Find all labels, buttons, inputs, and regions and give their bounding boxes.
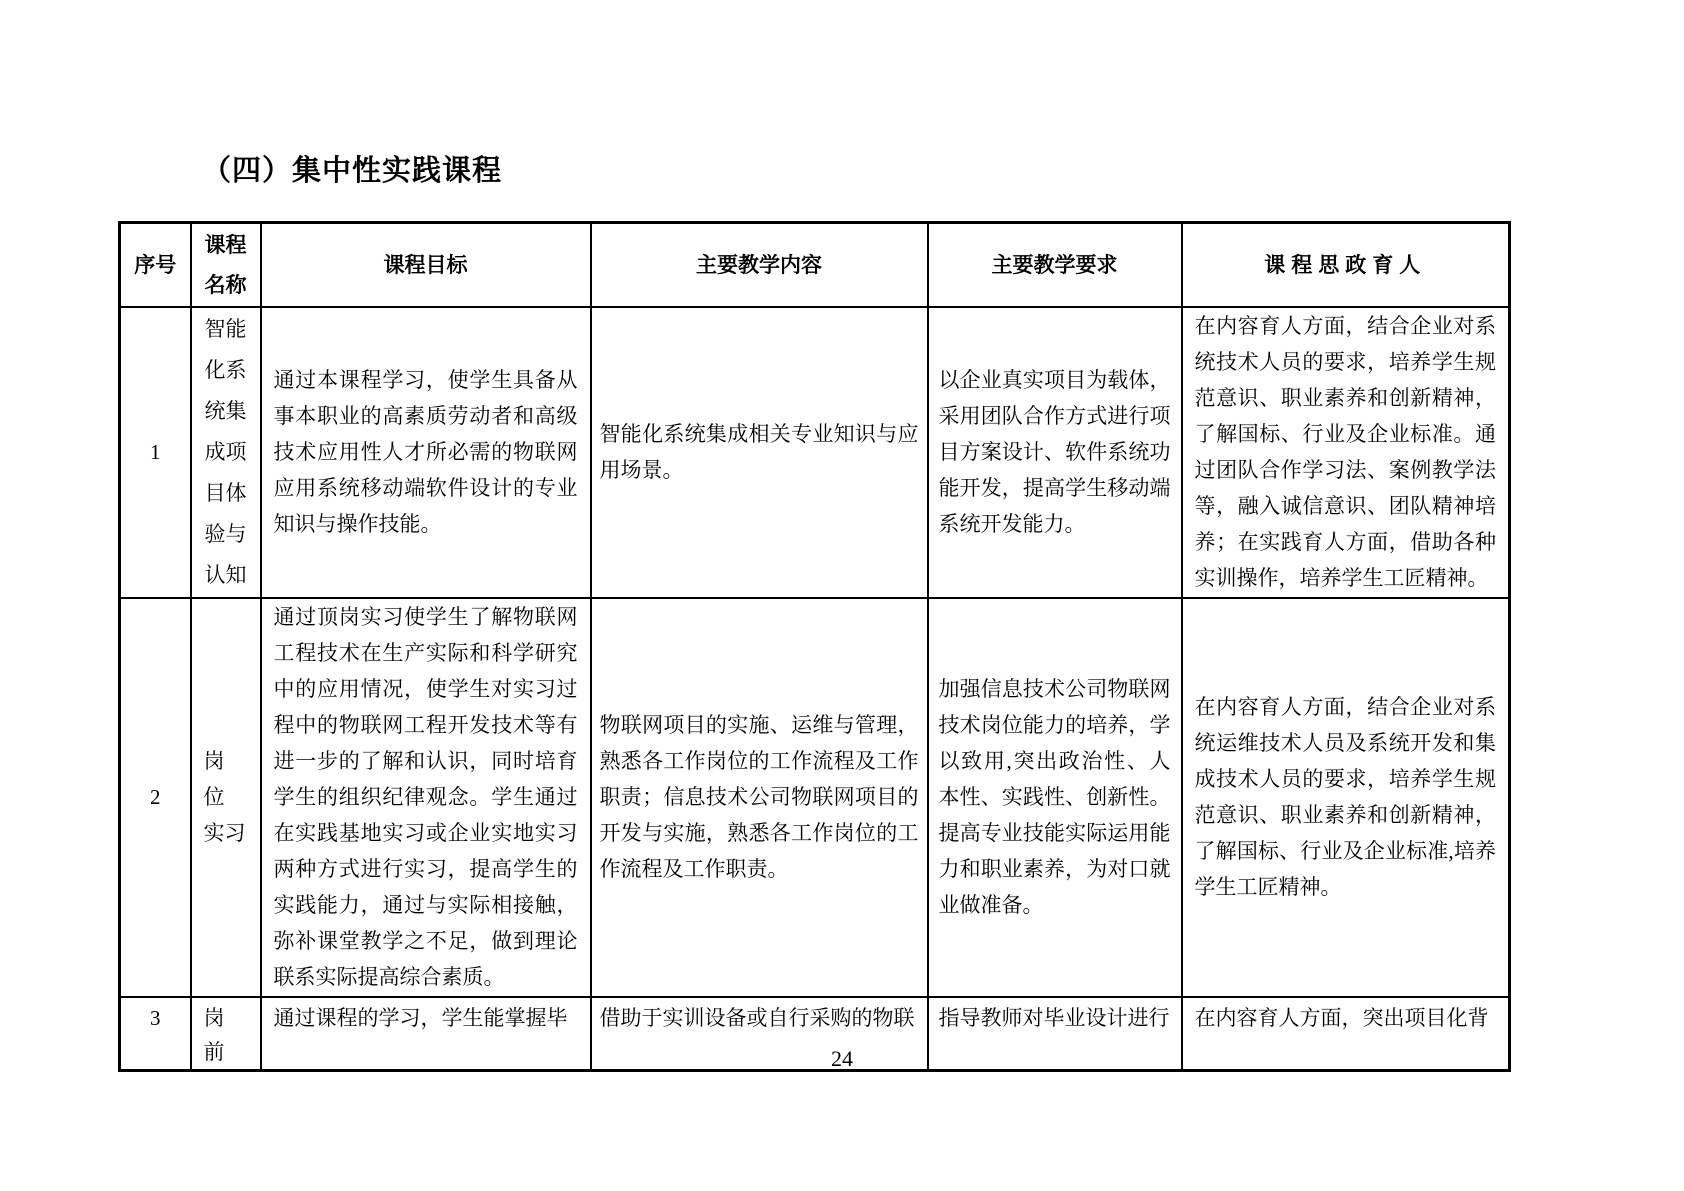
cell-index: 1 — [120, 307, 191, 598]
cell-content: 智能化系统集成相关专业知识与应用场景。 — [591, 307, 928, 598]
col-header-course-name: 课程 名称 — [191, 223, 261, 307]
col-header-content: 主要教学内容 — [591, 223, 928, 307]
table-header-row: 序号 课程 名称 课程目标 主要教学内容 主要教学要求 课程思政育人 — [120, 223, 1510, 307]
cell-ideology: 在内容育人方面，结合企业对系统技术人员的要求，培养学生规范意识、职业素养和创新精… — [1182, 307, 1510, 598]
col-header-index: 序号 — [120, 223, 191, 307]
page-number: 24 — [0, 1046, 1684, 1072]
cell-objective: 通过顶岗实习使学生了解物联网工程技术在生产实际和科学研究中的应用情况，使学生对实… — [261, 598, 591, 997]
table-row: 1 智能 化系 统集 成项 目体 验与 认知 通过本课程学习，使学生具备从事本职… — [120, 307, 1510, 598]
section-title: （四）集中性实践课程 — [202, 148, 502, 189]
col-header-objective: 课程目标 — [261, 223, 591, 307]
courses-table: 序号 课程 名称 课程目标 主要教学内容 主要教学要求 课程思政育人 1 智能 … — [118, 221, 1511, 1072]
document-page: （四）集中性实践课程 序号 课程 名称 课程目标 主要教学内容 主要教学要求 课… — [0, 0, 1684, 1191]
cell-course-name: 智能 化系 统集 成项 目体 验与 认知 — [191, 307, 261, 598]
cell-ideology: 在内容育人方面，结合企业对系统运维技术人员及系统开发和集成技术人员的要求，培养学… — [1182, 598, 1510, 997]
cell-course-name: 岗 位 实习 — [191, 598, 261, 997]
col-header-ideology: 课程思政育人 — [1182, 223, 1510, 307]
cell-content: 物联网项目的实施、运维与管理，熟悉各工作岗位的工作流程及工作职责；信息技术公司物… — [591, 598, 928, 997]
cell-requirement: 以企业真实项目为载体，采用团队合作方式进行项目方案设计、软件系统功能开发，提高学… — [928, 307, 1182, 598]
table-row: 2 岗 位 实习 通过顶岗实习使学生了解物联网工程技术在生产实际和科学研究中的应… — [120, 598, 1510, 997]
cell-requirement: 加强信息技术公司物联网技术岗位能力的培养，学以致用,突出政治性、人本性、实践性、… — [928, 598, 1182, 997]
cell-objective: 通过本课程学习，使学生具备从事本职业的高素质劳动者和高级技术应用性人才所必需的物… — [261, 307, 591, 598]
cell-index: 2 — [120, 598, 191, 997]
col-header-requirement: 主要教学要求 — [928, 223, 1182, 307]
